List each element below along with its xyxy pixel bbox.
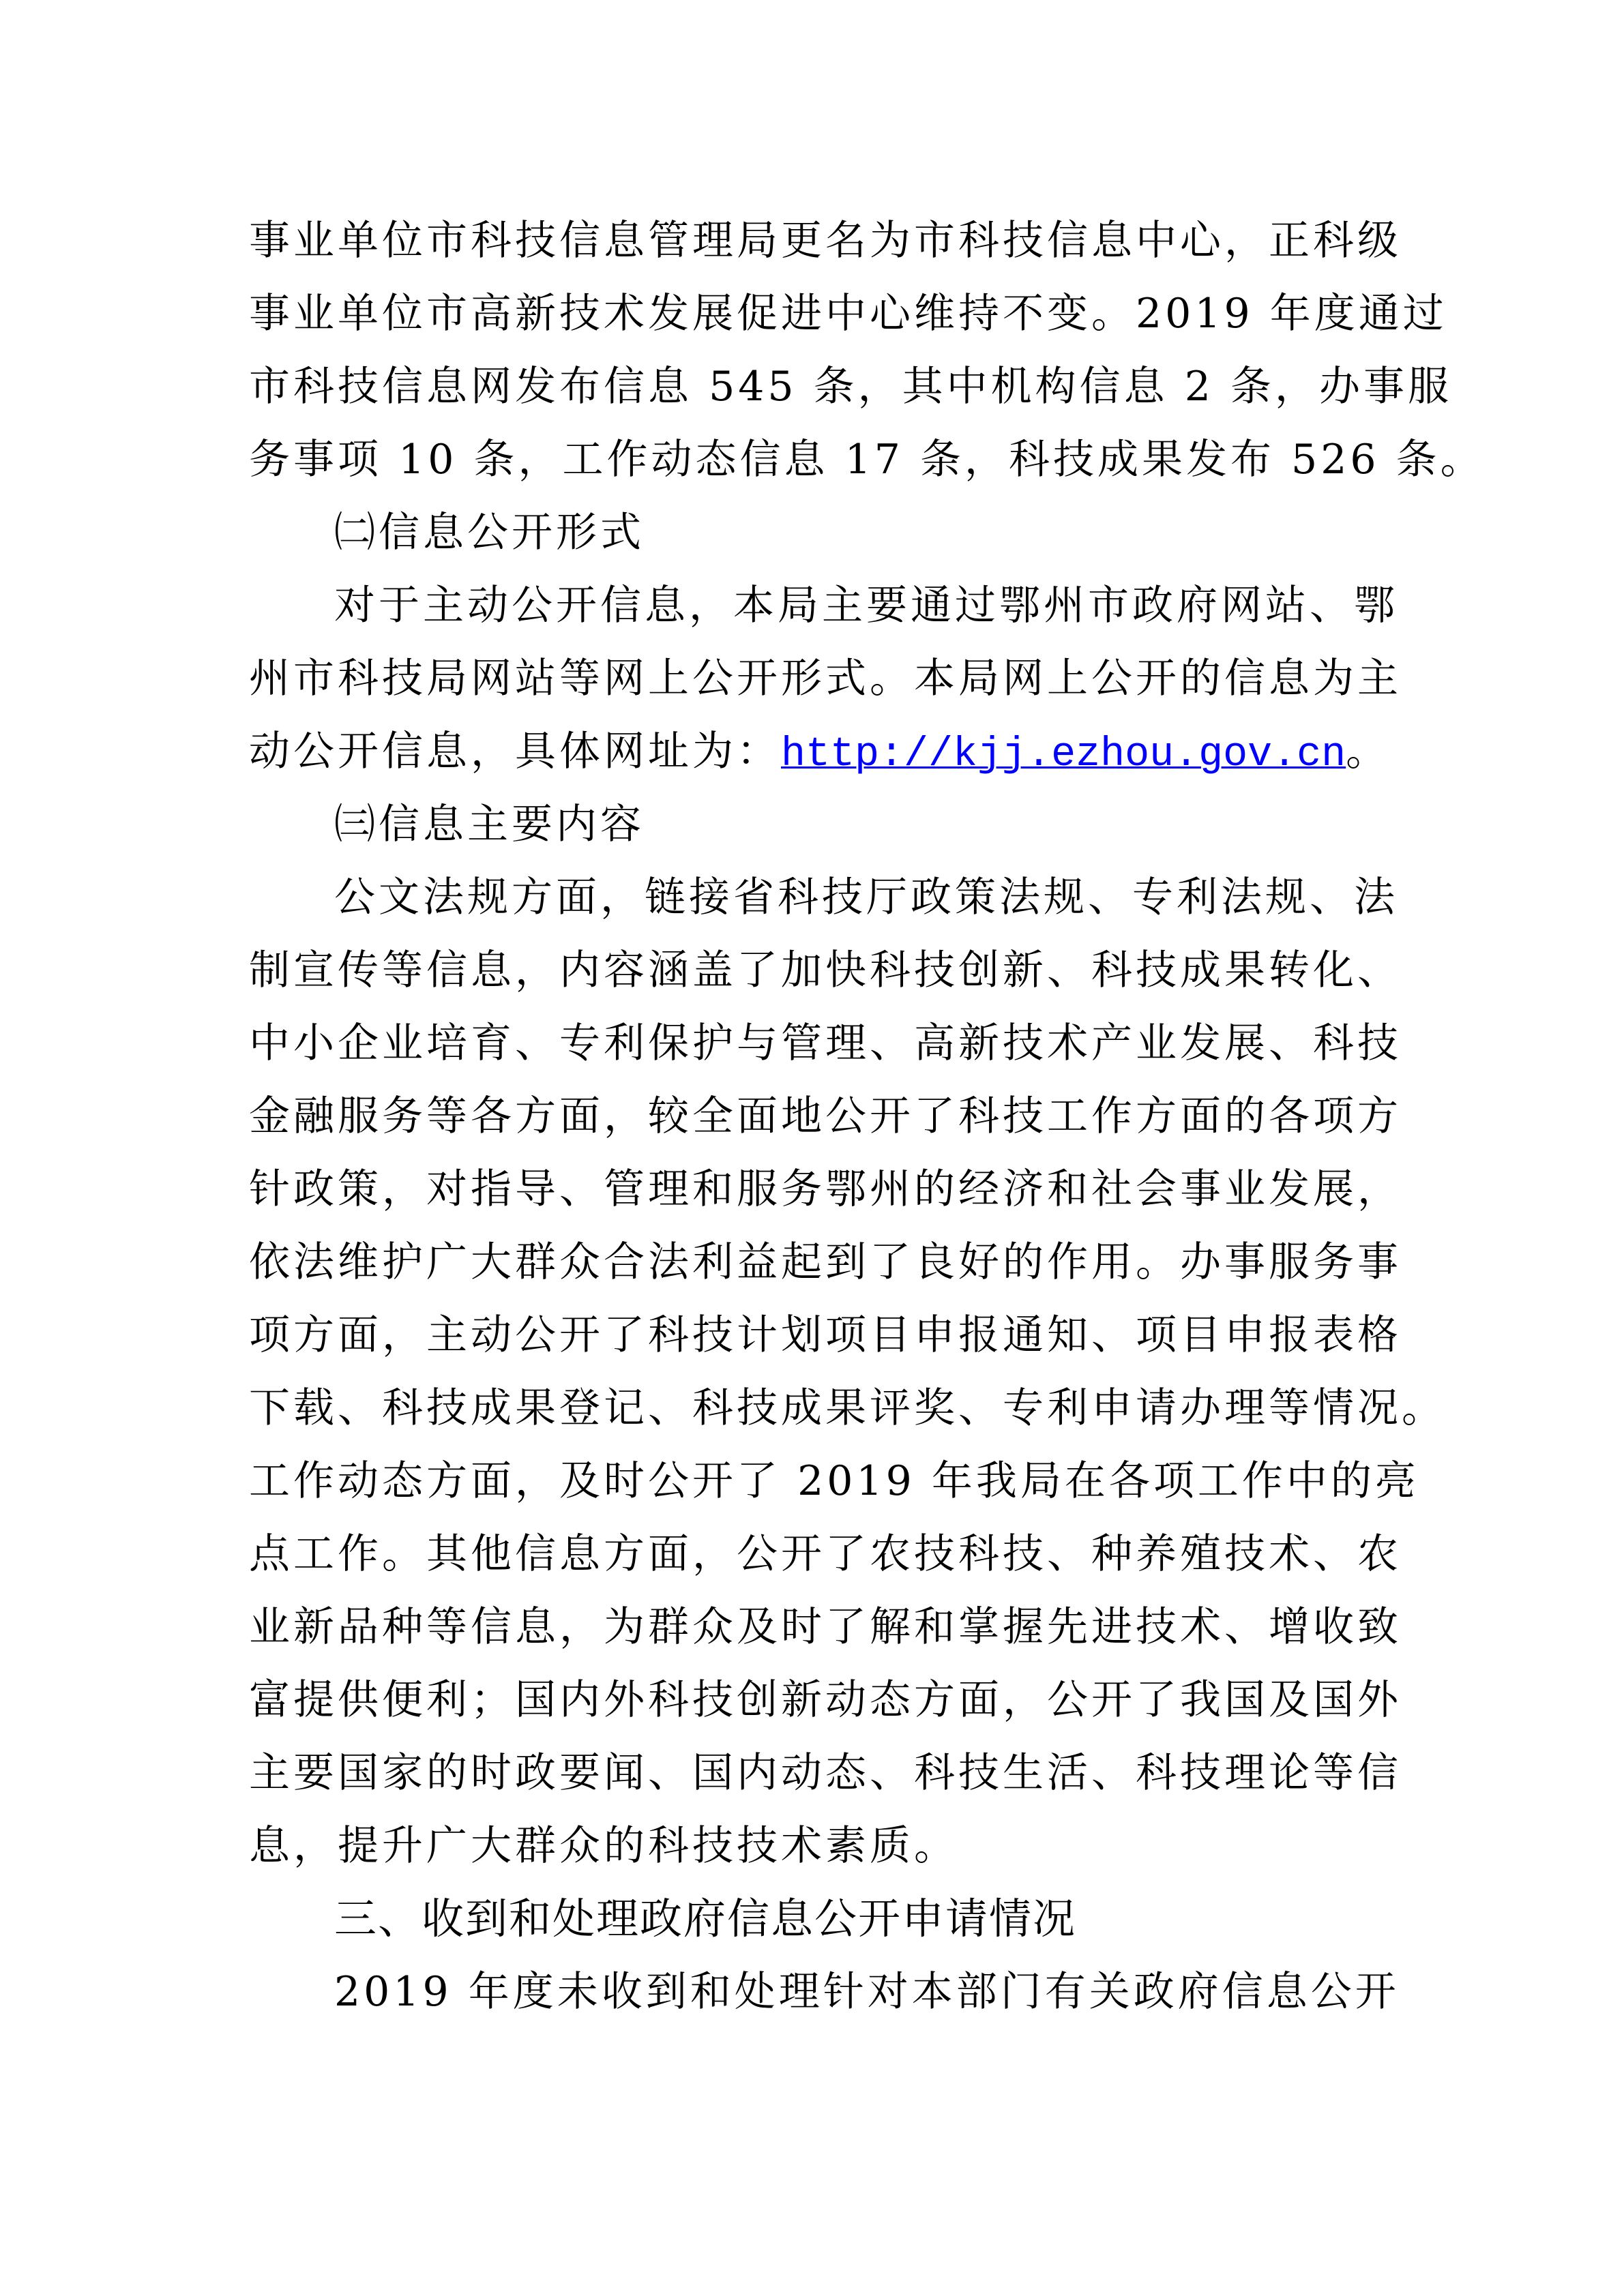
section-heading-info-disclosure-form: ㈡信息公开形式 (334, 505, 1473, 560)
link-suffix-text: 。 (1346, 728, 1390, 775)
body-text-line: 息，提升广大群众的科技技术素质。 (249, 1819, 1388, 1873)
body-text-line: 针政策，对指导、管理和服务鄂州的经济和社会事业发展， (249, 1162, 1381, 1217)
body-text-line: 下载、科技成果登记、科技成果评奖、专利申请办理等情况。 (249, 1381, 1381, 1435)
body-text-line: 依法维护广大群众合法利益起到了良好的作用。办事服务事 (249, 1235, 1381, 1289)
chapter-heading-requests: 三、收到和处理政府信息公开申请情况 (334, 1892, 1473, 1946)
body-text-line: 富提供便利；国内外科技创新动态方面，公开了我国及国外 (249, 1673, 1381, 1727)
body-text-line: 项方面，主动公开了科技计划项目申报通知、项目申报表格 (249, 1308, 1381, 1362)
body-text-line: 业新品种等信息，为群众及时了解和掌握先进技术、增收致 (249, 1600, 1381, 1654)
body-text-line: 事业单位市高新技术发展促进中心维持不变。2019 年度通过 (249, 286, 1381, 341)
body-text-line: 点工作。其他信息方面，公开了农技科技、种养殖技术、农 (249, 1527, 1381, 1581)
body-text-line: 事业单位市科技信息管理局更名为市科技信息中心，正科级 (249, 213, 1381, 268)
document-page: 事业单位市科技信息管理局更名为市科技信息中心，正科级 事业单位市高新技术发展促进… (0, 0, 1624, 2296)
body-text-line: 公文法规方面，链接省科技厅政策法规、专利法规、法 (334, 870, 1388, 925)
body-text-line: 工作动态方面，及时公开了 2019 年我局在各项工作中的亮 (249, 1454, 1381, 1508)
section-heading-main-content: ㈢信息主要内容 (334, 797, 1473, 852)
website-link[interactable]: http://kjj.ezhou.gov.cn (781, 732, 1346, 778)
body-text-line: 金融服务等各方面，较全面地公开了科技工作方面的各项方 (249, 1089, 1381, 1144)
body-text-line: 中小企业培育、专利保护与管理、高新技术产业发展、科技 (249, 1016, 1381, 1071)
body-text-line: 主要国家的时政要闻、国内动态、科技生活、科技理论等信 (249, 1746, 1381, 1800)
body-text-line-with-link: 动公开信息，具体网址为：http://kjj.ezhou.gov.cn。 (249, 724, 1388, 782)
body-text-line: 州市科技局网站等网上公开形式。本局网上公开的信息为主 (249, 651, 1381, 706)
link-prefix-text: 动公开信息，具体网址为： (249, 728, 781, 775)
body-text-line: 市科技信息网发布信息 545 条，其中机构信息 2 条，办事服 (249, 359, 1381, 414)
body-text-line: 制宣传等信息，内容涵盖了加快科技创新、科技成果转化、 (249, 943, 1381, 998)
body-text-line: 务事项 10 条，工作动态信息 17 条，科技成果发布 526 条。 (249, 432, 1388, 487)
body-text-line: 对于主动公开信息，本局主要通过鄂州市政府网站、鄂 (334, 578, 1388, 633)
body-text-line: 2019 年度未收到和处理针对本部门有关政府信息公开 (334, 1965, 1388, 2019)
